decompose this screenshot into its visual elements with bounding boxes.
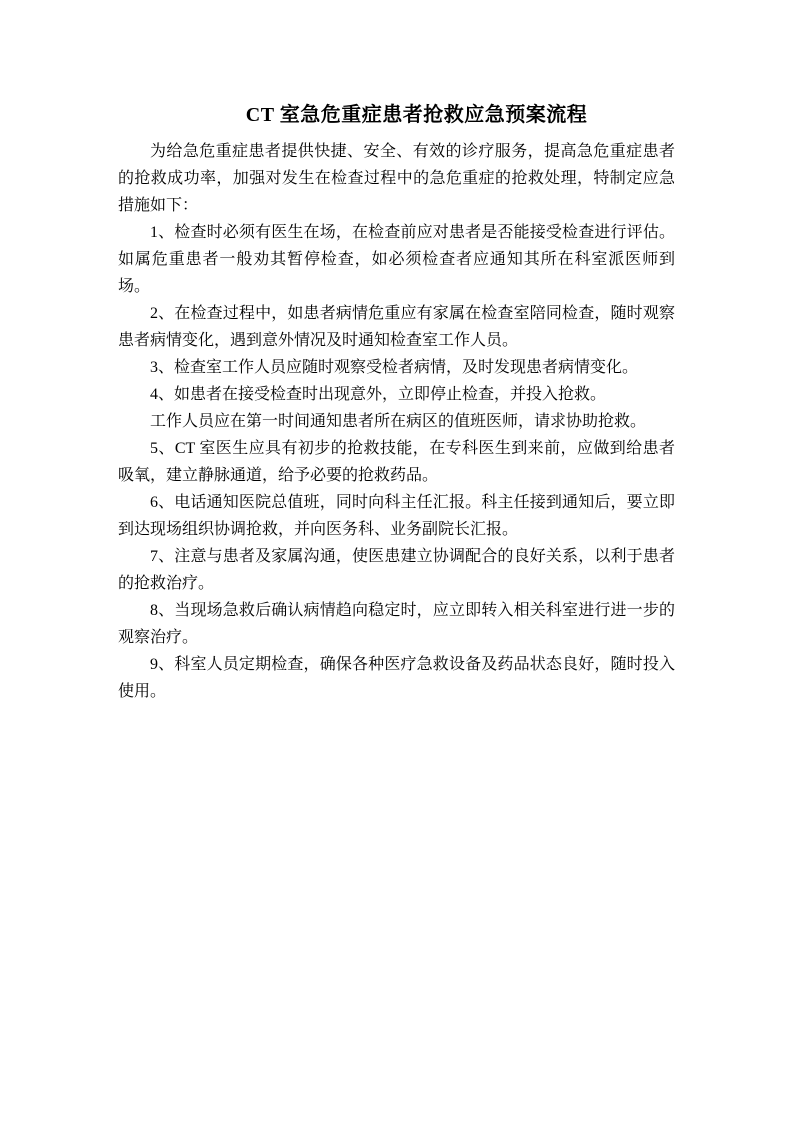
procedure-item-7: 7、注意与患者及家属沟通，使医患建立协调配合的良好关系，以利于患者的抢救治疗。 <box>118 543 675 597</box>
document-page: CT 室急危重症患者抢救应急预案流程 为给急危重症患者提供快捷、安全、有效的诊疗… <box>0 0 793 1122</box>
procedure-item-3: 3、检查室工作人员应随时观察受检者病情，及时发现患者病情变化。 <box>118 354 675 381</box>
document-title: CT 室急危重症患者抢救应急预案流程 <box>118 100 675 130</box>
procedure-item-9: 9、科室人员定期检查，确保各种医疗急救设备及药品状态良好，随时投入使用。 <box>118 651 675 705</box>
procedure-item-5: 5、CT 室医生应具有初步的抢救技能，在专科医生到来前，应做到给患者吸氧，建立静… <box>118 435 675 489</box>
procedure-item-2: 2、在检查过程中，如患者病情危重应有家属在检查室陪同检查，随时观察患者病情变化，… <box>118 300 675 354</box>
intro-paragraph: 为给急危重症患者提供快捷、安全、有效的诊疗服务，提高急危重症患者的抢救成功率，加… <box>118 138 675 219</box>
procedure-item-8: 8、当现场急救后确认病情趋向稳定时，应立即转入相关科室进行进一步的观察治疗。 <box>118 597 675 651</box>
procedure-item-4-continuation: 工作人员应在第一时间通知患者所在病区的值班医师，请求协助抢救。 <box>118 408 675 435</box>
procedure-item-6: 6、电话通知医院总值班，同时向科主任汇报。科主任接到通知后，要立即到达现场组织协… <box>118 489 675 543</box>
procedure-item-4: 4、如患者在接受检查时出现意外，立即停止检查，并投入抢救。 <box>118 381 675 408</box>
procedure-item-1: 1、检查时必须有医生在场，在检查前应对患者是否能接受检查进行评估。如属危重患者一… <box>118 219 675 300</box>
